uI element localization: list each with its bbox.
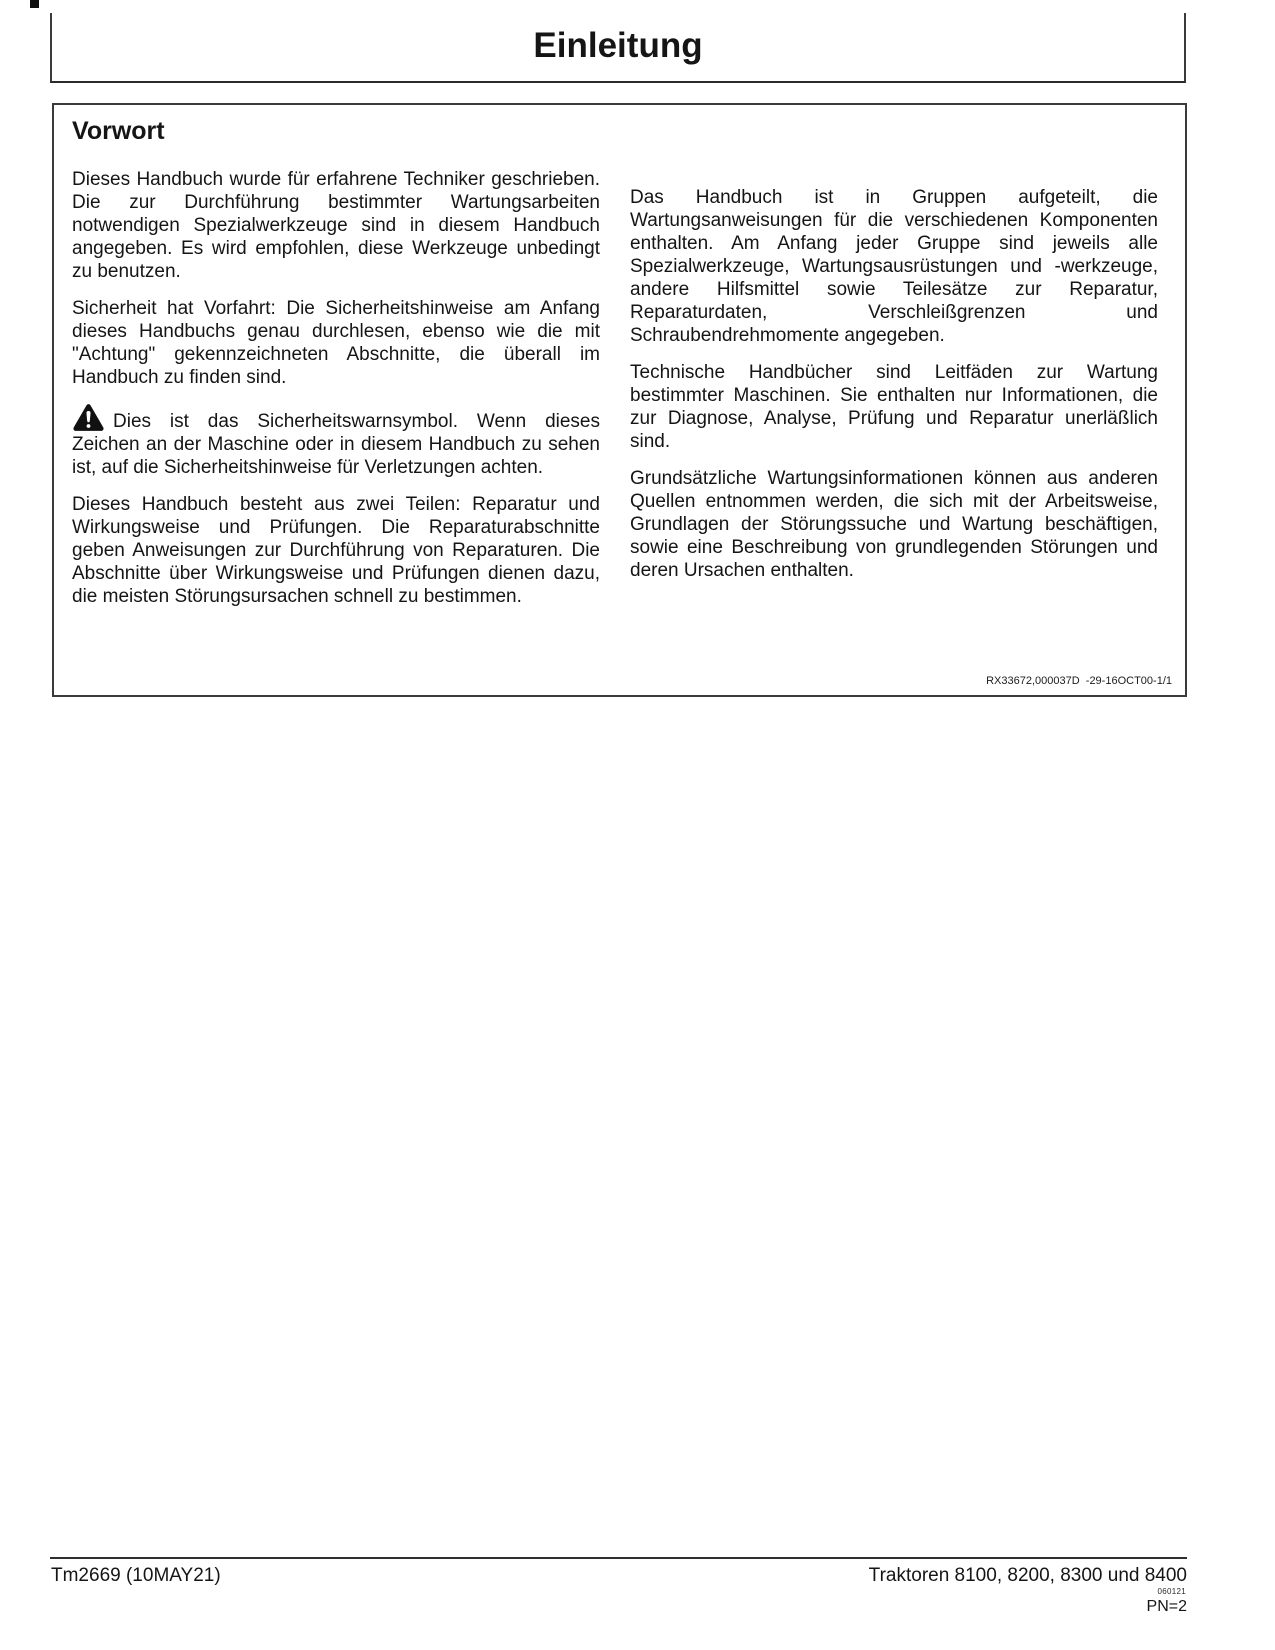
page-header: Einleitung	[50, 13, 1186, 83]
paragraph: Dieses Handbuch wurde für erfahrene Tech…	[72, 168, 600, 283]
scan-artifact-mark	[30, 0, 39, 8]
paragraph: Grundsätzliche Wartungsinformationen kön…	[630, 467, 1158, 582]
footer-divider	[50, 1557, 1187, 1559]
safety-alert-icon	[72, 403, 105, 432]
footer-manual-code: Tm2669 (10MAY21)	[51, 1565, 221, 1587]
right-column: Das Handbuch ist in Gruppen aufgeteilt, …	[630, 168, 1158, 622]
paragraph-with-safety-icon: Dies ist das Sicherheitswarnsymbol. Wenn…	[72, 403, 600, 479]
left-column: Dieses Handbuch wurde für erfahrene Tech…	[72, 168, 600, 622]
page-title: Einleitung	[533, 26, 702, 66]
footer-print-code: 060121	[1158, 1587, 1187, 1596]
section-heading: Vorwort	[72, 117, 165, 146]
paragraph: Technische Handbücher sind Leitfäden zur…	[630, 361, 1158, 453]
paragraph: Dieses Handbuch besteht aus zwei Teilen:…	[72, 493, 600, 608]
vorwort-section: Vorwort Dieses Handbuch wurde für erfahr…	[52, 103, 1187, 697]
footer-model-info: Traktoren 8100, 8200, 8300 und 8400	[869, 1565, 1187, 1587]
reference-code: RX33672,000037D -29-16OCT00-1/1	[986, 675, 1172, 687]
paragraph: Sicherheit hat Vorfahrt: Die Sicherheits…	[72, 297, 600, 389]
footer-page-number: PN=2	[1147, 1598, 1187, 1616]
two-column-text: Dieses Handbuch wurde für erfahrene Tech…	[72, 168, 1158, 622]
paragraph: Das Handbuch ist in Gruppen aufgeteilt, …	[630, 186, 1158, 347]
paragraph-text: Dies ist das Sicherheitswarnsymbol. Wenn…	[72, 411, 600, 478]
